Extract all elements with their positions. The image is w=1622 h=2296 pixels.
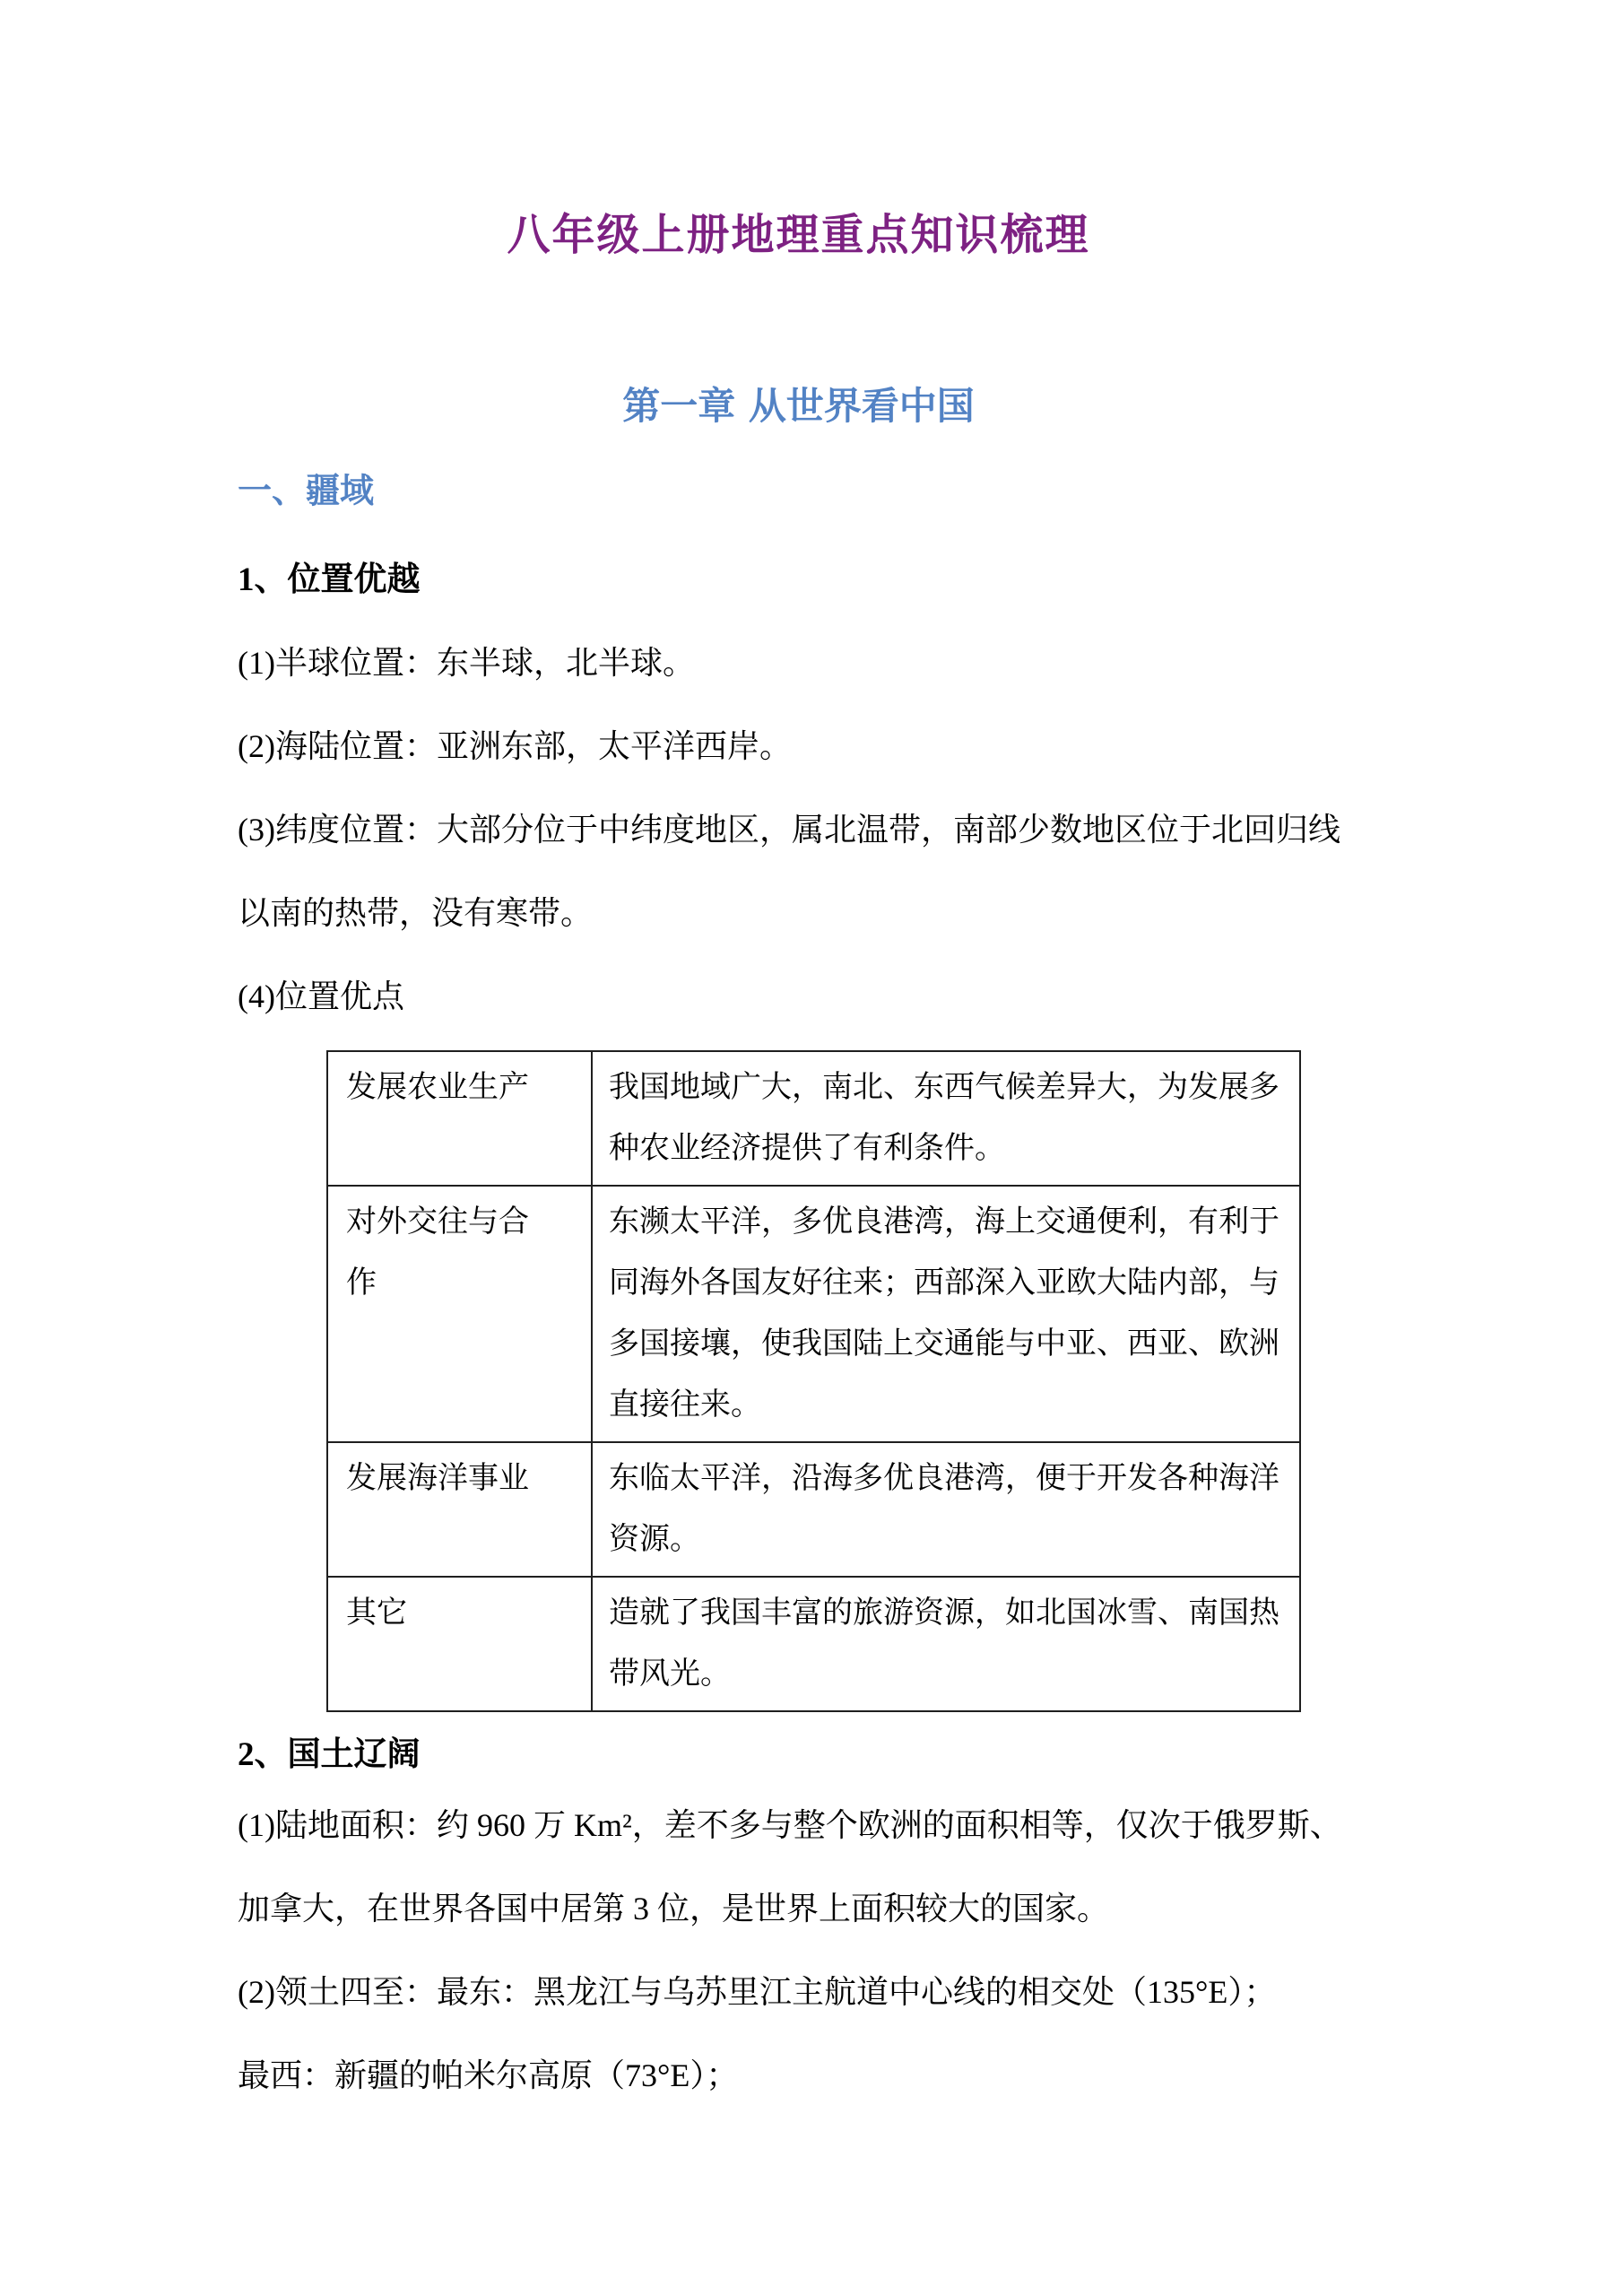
description-cell-foreign-exchange: 东濒太平洋，多优良港湾，海上交通便利，有利于 同海外各国友好往来；西部深入亚欧大… xyxy=(592,1186,1300,1442)
paragraph-territory-extremes-west: 最西：新疆的帕米尔高原（73°E）； xyxy=(238,2034,1359,2118)
document-title: 八年级上册地理重点知识梳理 xyxy=(238,209,1359,261)
table-row-marine-industry: 发展海洋事业 东临太平洋，沿海多优良港湾，便于开发各种海洋 资源。 xyxy=(327,1442,1300,1577)
subsection-title-vast-territory: 2、国土辽阔 xyxy=(238,1734,1359,1777)
table-row-other: 其它 造就了我国丰富的旅游资源，如北国冰雪、南国热 带风光。 xyxy=(327,1577,1300,1711)
position-advantage-table: 发展农业生产 我国地域广大，南北、东西气候差异大，为发展多 种农业经济提供了有利… xyxy=(326,1050,1301,1712)
paragraph-hemisphere-position: (1)半球位置：东半球，北半球。 xyxy=(238,622,1359,705)
description-cell-other: 造就了我国丰富的旅游资源，如北国冰雪、南国热 带风光。 xyxy=(592,1577,1300,1711)
position-paragraphs: (1)半球位置：东半球，北半球。 (2)海陆位置：亚洲东部，太平洋西岸。 (3)… xyxy=(238,622,1359,1039)
aspect-cell-foreign-exchange: 对外交往与合 作 xyxy=(327,1186,592,1442)
subsection-title-position-advantage: 1、位置优越 xyxy=(238,559,1359,602)
section-title-territory-domain: 一、疆域 xyxy=(238,469,1359,512)
paragraph-territory-extremes-east: (2)领土四至：最东：黑龙江与乌苏里江主航道中心线的相交处（135°E）； xyxy=(238,1951,1359,2034)
paragraph-position-advantages-label: (4)位置优点 xyxy=(238,955,1359,1039)
chapter-title: 第一章 从世界看中国 xyxy=(238,383,1359,430)
table-row-agriculture: 发展农业生产 我国地域广大，南北、东西气候差异大，为发展多 种农业经济提供了有利… xyxy=(327,1051,1300,1186)
description-cell-agriculture: 我国地域广大，南北、东西气候差异大，为发展多 种农业经济提供了有利条件。 xyxy=(592,1051,1300,1186)
document-page: 八年级上册地理重点知识梳理 第一章 从世界看中国 一、疆域 1、位置优越 (1)… xyxy=(0,0,1622,2296)
aspect-cell-agriculture: 发展农业生产 xyxy=(327,1051,592,1186)
paragraph-latitude-position: (3)纬度位置：大部分位于中纬度地区，属北温带，南部少数地区位于北回归线 以南的… xyxy=(238,788,1359,955)
territory-paragraphs: (1)陆地面积：约 960 万 Km²，差不多与整个欧洲的面积相等，仅次于俄罗斯… xyxy=(238,1784,1359,2118)
aspect-cell-other: 其它 xyxy=(327,1577,592,1711)
document-content: 八年级上册地理重点知识梳理 第一章 从世界看中国 一、疆域 1、位置优越 (1)… xyxy=(0,209,1622,2118)
paragraph-land-sea-position: (2)海陆位置：亚洲东部，太平洋西岸。 xyxy=(238,705,1359,788)
table-row-foreign-exchange: 对外交往与合 作 东濒太平洋，多优良港湾，海上交通便利，有利于 同海外各国友好往… xyxy=(327,1186,1300,1442)
paragraph-land-area: (1)陆地面积：约 960 万 Km²，差不多与整个欧洲的面积相等，仅次于俄罗斯… xyxy=(238,1784,1359,1951)
aspect-cell-marine-industry: 发展海洋事业 xyxy=(327,1442,592,1577)
description-cell-marine-industry: 东临太平洋，沿海多优良港湾，便于开发各种海洋 资源。 xyxy=(592,1442,1300,1577)
